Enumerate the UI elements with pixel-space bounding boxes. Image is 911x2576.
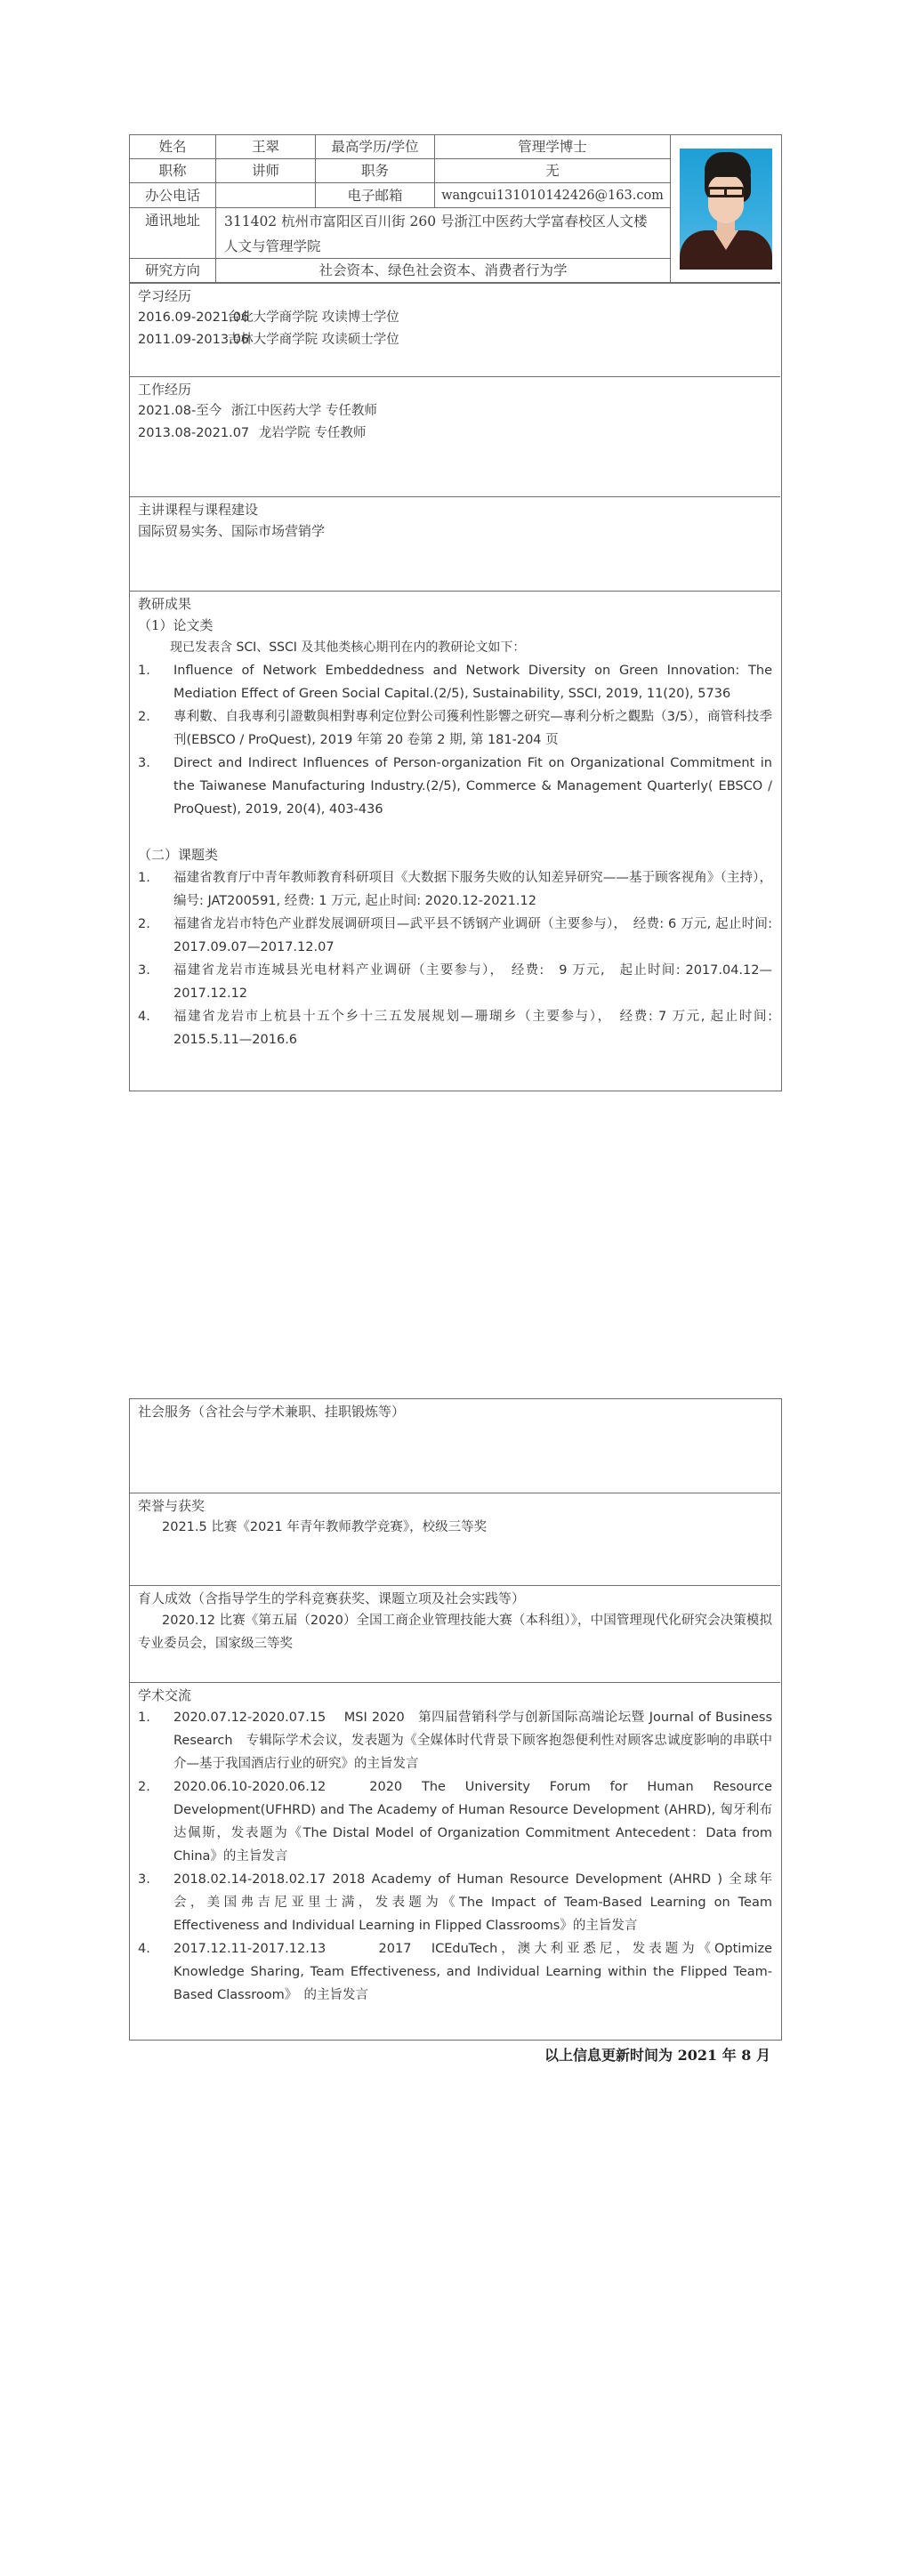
- address-label: 通讯地址: [130, 208, 216, 259]
- phone-value: [216, 183, 316, 208]
- paper-item: 2.專利數、自我專利引證數與相對專利定位對公司獲利性影響之研究—專利分析之觀點（…: [138, 705, 772, 752]
- research-label: 研究方向: [130, 259, 216, 283]
- work-text: 浙江中医药大学 专任教师: [231, 404, 377, 418]
- education-item: 2011.09-2013.06 吉林大学商学院 攻读硕士学位: [138, 329, 772, 351]
- paper-text: Influence of Network Embeddedness and Ne…: [173, 664, 772, 701]
- paper-text: Direct and Indirect Influences of Person…: [173, 756, 772, 817]
- project-item: 4.福建省龙岩市上杭县十五个乡十三五发展规划—珊瑚乡（主要参与）， 经费: 7 …: [138, 1005, 772, 1051]
- paper-item: 3.Direct and Indirect Influences of Pers…: [138, 752, 772, 821]
- research-value: 社会资本、绿色社会资本、消费者行为学: [216, 259, 671, 283]
- address-value: 311402 杭州市富阳区百川街 260 号浙江中医药大学富春校区人文楼 人文与…: [216, 208, 671, 259]
- exchange-text: 2018.02.14-2018.02.17 2018 Academy of Hu…: [173, 1872, 772, 1933]
- project-text: 福建省教育厅中青年教师教育科研项目《大数据下服务失败的认知差异研究——基于顾客视…: [173, 871, 772, 908]
- work-item: 2021.08-至今 浙江中医药大学 专任教师: [138, 400, 772, 423]
- research-results-title: 教研成果: [138, 592, 772, 615]
- position-label: 职务: [316, 159, 435, 183]
- project-text: 福建省龙岩市上杭县十五个乡十三五发展规划—珊瑚乡（主要参与）， 经费: 7 万元…: [173, 1010, 772, 1047]
- title-label: 职称: [130, 159, 216, 183]
- exchange-item: 2.2020.06.10-2020.06.12 2020 The Univers…: [138, 1775, 772, 1868]
- project-item: 3.福建省龙岩市连城县光电材料产业调研（主要参与）， 经费: 9 万元, 起止时…: [138, 959, 772, 1005]
- email-label: 电子邮箱: [316, 183, 435, 208]
- profile-table: 姓名 王翠 最高学历/学位 管理学博士 职称 讲师 职务 无 办公电话 电子邮箱…: [130, 135, 780, 283]
- social-service-title: 社会服务（含社会与学术兼职、挂职锻炼等）: [138, 1399, 772, 1422]
- paper-text: 專利數、自我專利引證數與相對專利定位對公司獲利性影響之研究—專利分析之觀點（3/…: [173, 710, 772, 747]
- courses-section: 主讲课程与课程建设 国际贸易实务、国际市场营销学: [130, 496, 780, 591]
- project-text: 福建省龙岩市特色产业群发展调研项目—武平县不锈钢产业调研（主要参与）， 经费: …: [173, 917, 772, 954]
- position-value: 无: [435, 159, 671, 183]
- project-item: 2.福建省龙岩市特色产业群发展调研项目—武平县不锈钢产业调研（主要参与）， 经费…: [138, 913, 772, 959]
- work-item: 2013.08-2021.07 龙岩学院 专任教师: [138, 423, 772, 445]
- education-date: 2016.09-2021.06: [138, 307, 223, 329]
- exchange-text: 2017.12.11-2017.12.13 2017 ICEduTech，澳大利…: [173, 1942, 772, 2002]
- work-date: 2013.08-2021.07: [138, 423, 249, 445]
- education-item: 2016.09-2021.06 台北大学商学院 攻读博士学位: [138, 307, 772, 329]
- exchange-item: 3.2018.02.14-2018.02.17 2018 Academy of …: [138, 1868, 772, 1937]
- projects-list: 1.福建省教育厅中青年教师教育科研项目《大数据下服务失败的认知差异研究——基于顾…: [138, 866, 772, 1051]
- honors-text: 2021.5 比赛《2021 年青年教师教学竞赛》，校级三等奖: [138, 1517, 772, 1539]
- photo-cell: [671, 135, 780, 283]
- project-text: 福建省龙岩市连城县光电材料产业调研（主要参与）， 经费: 9 万元, 起止时间:…: [173, 963, 772, 1001]
- social-service-section: 社会服务（含社会与学术兼职、挂职锻炼等）: [130, 1399, 780, 1493]
- exchange-text: 2020.07.12-2020.07.15 MSI 2020 第四届营销科学与创…: [173, 1711, 772, 1771]
- work-date: 2021.08-至今: [138, 400, 222, 423]
- exchange-title: 学术交流: [138, 1683, 772, 1706]
- papers-intro: 现已发表含 SCI、SSCI 及其他类核心期刊在内的教研论文如下：: [138, 637, 772, 659]
- research-results-section: 教研成果 （1）论文类 现已发表含 SCI、SSCI 及其他类核心期刊在内的教研…: [130, 591, 780, 1091]
- phone-label: 办公电话: [130, 183, 216, 208]
- name-label: 姓名: [130, 135, 216, 159]
- name-value: 王翠: [216, 135, 316, 159]
- education-title: 学习经历: [138, 284, 772, 307]
- profile-page-1: 姓名 王翠 最高学历/学位 管理学博士 职称 讲师 职务 无 办公电话 电子邮箱…: [129, 134, 782, 1091]
- exchange-list: 1.2020.07.12-2020.07.15 MSI 2020 第四届营销科学…: [138, 1706, 772, 2007]
- paper-item: 1.Influence of Network Embeddedness and …: [138, 659, 772, 705]
- education-text: 台北大学商学院 攻读博士学位: [228, 310, 399, 325]
- education-date: 2011.09-2013.06: [138, 329, 223, 351]
- email-value: wangcui131010142426@163.com: [435, 183, 671, 208]
- papers-list: 1.Influence of Network Embeddedness and …: [138, 659, 772, 821]
- education-text: 吉林大学商学院 攻读硕士学位: [228, 333, 399, 347]
- mentoring-title: 育人成效（含指导学生的学科竞赛获奖、课题立项及社会实践等）: [138, 1586, 772, 1609]
- projects-heading: （二）课题类: [138, 844, 772, 866]
- exchange-item: 1.2020.07.12-2020.07.15 MSI 2020 第四届营销科学…: [138, 1706, 772, 1775]
- exchange-section: 学术交流 1.2020.07.12-2020.07.15 MSI 2020 第四…: [130, 1682, 780, 2040]
- honors-section: 荣誉与获奖 2021.5 比赛《2021 年青年教师教学竞赛》，校级三等奖: [130, 1493, 780, 1585]
- exchange-item: 4.2017.12.11-2017.12.13 2017 ICEduTech，澳…: [138, 1937, 772, 2007]
- work-title: 工作经历: [138, 377, 772, 400]
- education-section: 学习经历 2016.09-2021.06 台北大学商学院 攻读博士学位 2011…: [130, 283, 780, 376]
- courses-text: 国际贸易实务、国际市场营销学: [138, 520, 772, 543]
- work-text: 龙岩学院 专任教师: [259, 426, 367, 440]
- degree-value: 管理学博士: [435, 135, 671, 159]
- papers-heading: （1）论文类: [138, 615, 772, 637]
- portrait-photo-icon: [680, 149, 772, 270]
- degree-label: 最高学历/学位: [316, 135, 435, 159]
- update-note: 以上信息更新时间为 2021 年 8 月: [544, 2044, 770, 2065]
- mentoring-section: 育人成效（含指导学生的学科竞赛获奖、课题立项及社会实践等） 2020.12 比赛…: [130, 1585, 780, 1682]
- courses-title: 主讲课程与课程建设: [138, 497, 772, 520]
- exchange-text: 2020.06.10-2020.06.12 2020 The Universit…: [173, 1780, 772, 1864]
- profile-page-2: 社会服务（含社会与学术兼职、挂职锻炼等） 荣誉与获奖 2021.5 比赛《202…: [129, 1398, 782, 2041]
- project-item: 1.福建省教育厅中青年教师教育科研项目《大数据下服务失败的认知差异研究——基于顾…: [138, 866, 772, 913]
- title-value: 讲师: [216, 159, 316, 183]
- mentoring-text: 2020.12 比赛《第五届（2020）全国工商企业管理技能大赛（本科组）》，中…: [138, 1609, 772, 1655]
- honors-title: 荣誉与获奖: [138, 1493, 772, 1517]
- work-section: 工作经历 2021.08-至今 浙江中医药大学 专任教师 2013.08-202…: [130, 376, 780, 496]
